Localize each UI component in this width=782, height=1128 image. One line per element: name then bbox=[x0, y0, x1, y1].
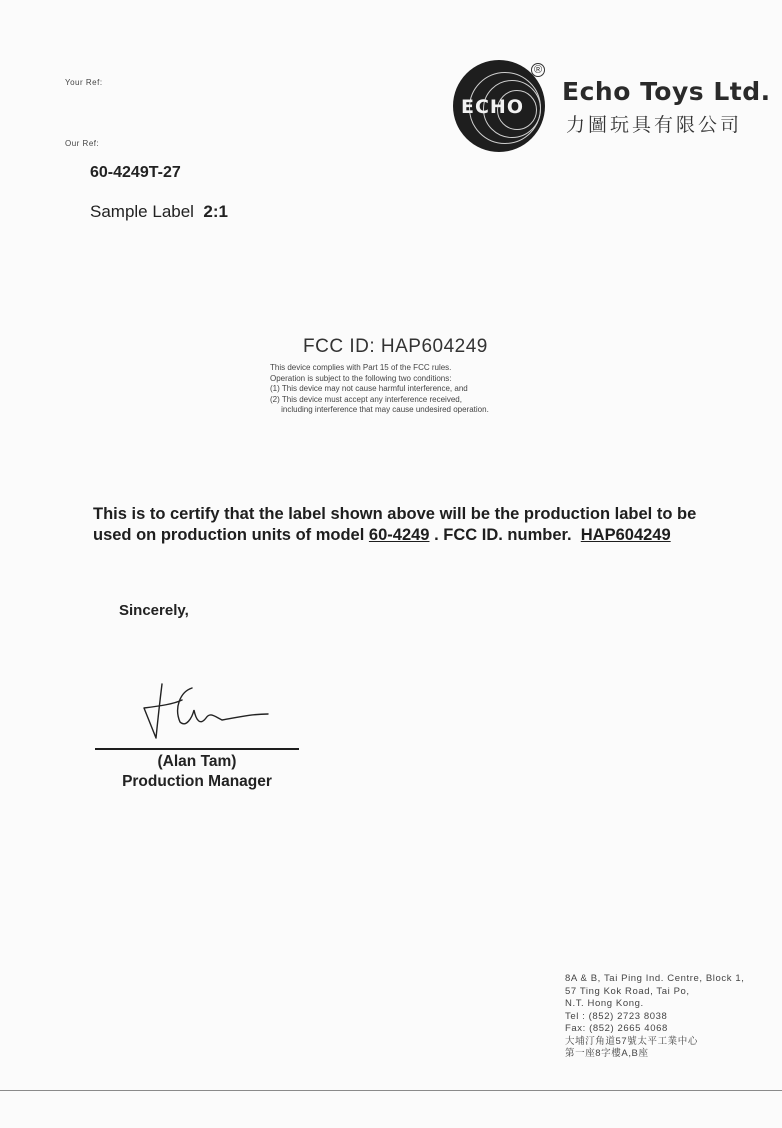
signature-line bbox=[95, 748, 299, 750]
signature-icon bbox=[140, 678, 275, 744]
signer-name: (Alan Tam) bbox=[95, 753, 299, 771]
your-ref-label: Your Ref: bbox=[65, 78, 103, 87]
company-address: 8A & B, Tai Ping Ind. Centre, Block 1, 5… bbox=[565, 973, 744, 1061]
page-bottom-edge bbox=[0, 1090, 782, 1091]
address-fax: Fax: (852) 2665 4068 bbox=[565, 1023, 744, 1036]
address-line-cn: 第一座8字樓A,B座 bbox=[565, 1048, 744, 1061]
fcc-line: (1) This device may not cause harmful in… bbox=[270, 384, 489, 395]
registered-mark-icon: ® bbox=[531, 63, 545, 77]
certification-statement: This is to certify that the label shown … bbox=[93, 504, 733, 546]
fcc-line: (2) This device must accept any interfer… bbox=[270, 395, 489, 406]
address-phone: Tel : (852) 2723 8038 bbox=[565, 1011, 744, 1024]
fcc-line: This device complies with Part 15 of the… bbox=[270, 363, 489, 374]
our-ref-label: Our Ref: bbox=[65, 139, 99, 148]
fcc-line: Operation is subject to the following tw… bbox=[270, 374, 489, 385]
fcc-line: including interference that may cause un… bbox=[270, 405, 489, 416]
company-name-chinese: 力圖玩具有限公司 bbox=[566, 110, 742, 137]
signer-title: Production Manager bbox=[95, 773, 299, 791]
fcc-id-number: HAP604249 bbox=[581, 526, 671, 544]
address-line: 57 Ting Kok Road, Tai Po, bbox=[565, 986, 744, 999]
address-line-cn: 大埔汀角道57號太平工業中心 bbox=[565, 1036, 744, 1049]
fcc-id-title: FCC ID: HAP604249 bbox=[303, 336, 488, 358]
salutation: Sincerely, bbox=[119, 602, 189, 619]
address-line: 8A & B, Tai Ping Ind. Centre, Block 1, bbox=[565, 973, 744, 986]
fcc-compliance-text: This device complies with Part 15 of the… bbox=[270, 363, 489, 416]
logo-text: ECHO bbox=[461, 96, 524, 118]
sample-label-text: Sample Label bbox=[90, 202, 194, 221]
sample-label-heading: Sample Label 2:1 bbox=[90, 202, 228, 222]
model-number: 60-4249 bbox=[369, 526, 430, 544]
company-name: Echo Toys Ltd. bbox=[562, 77, 771, 106]
sample-label-scale: 2:1 bbox=[203, 202, 228, 221]
reference-code: 60-4249T-27 bbox=[90, 164, 181, 182]
certification-text-middle: . FCC ID. number. bbox=[434, 526, 572, 544]
address-line: N.T. Hong Kong. bbox=[565, 998, 744, 1011]
